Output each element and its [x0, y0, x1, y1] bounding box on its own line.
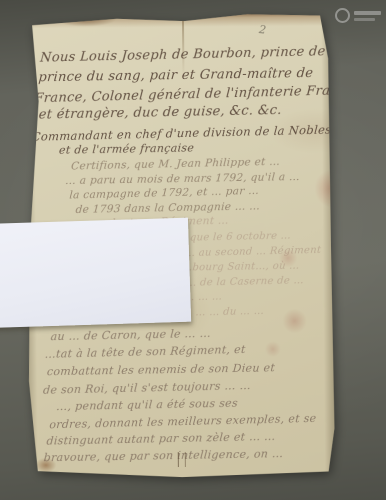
manuscript-line: …tat à la tête de son Régiment, et: [44, 343, 246, 361]
manuscript-line: ordres, donnant les meilleurs exemples, …: [49, 412, 317, 432]
manuscript-line: la campagne de 1792, et … par …: [69, 185, 259, 202]
circle-logo-icon: [335, 8, 350, 23]
fold-mark: [178, 452, 186, 467]
manuscript-line: …bourg Saint…, où …: [182, 260, 300, 273]
manuscript-line: … … du … …: [195, 306, 264, 319]
auction-photo: 2 Nous Louis Joseph de Bourbon, prince d…: [0, 0, 386, 500]
manuscript-line: que le 6 octobre …: [189, 230, 291, 243]
manuscript-line: …, pendant qu'il a été sous ses: [56, 397, 239, 413]
manuscript-line: … au second … Régiment: [185, 245, 322, 259]
privacy-paper-slip: [0, 218, 191, 328]
watermark-text-marks: [354, 8, 381, 21]
manuscript-line: et étrangère, duc de guise, &c. &c.: [38, 103, 282, 123]
manuscript-line: au … de Caron, que le … …: [50, 327, 211, 343]
manuscript-line: et de l'armée française: [59, 141, 195, 156]
manuscript-line: de 1793 dans la Compagnie … …: [75, 200, 260, 216]
fold-crease: [182, 12, 185, 76]
handwritten-text-block: Nous Louis Joseph de Bourbon, prince de …: [24, 11, 334, 14]
manuscript-line: … de la Caserne de …: [186, 275, 304, 289]
manuscript-line: prince du sang, pair et Grand-maître de: [38, 66, 314, 85]
watermark-logo: [335, 8, 381, 23]
manuscript-line: … a paru au mois de mars 1792, qu'il a …: [65, 171, 300, 187]
manuscript-line: distinguant autant par son zèle et … …: [46, 430, 276, 448]
manuscript-line: Nous Louis Joseph de Bourbon, prince de …: [40, 43, 338, 66]
manuscript-line: de son Roi, qu'il s'est toujours … …: [43, 379, 252, 397]
pencil-page-number: 2: [258, 23, 267, 37]
manuscript-line: bravoure, que par son intelligence, on …: [43, 447, 284, 464]
manuscript-line: combattant les ennemis de son Dieu et: [47, 361, 276, 378]
manuscript-line: Certifions, que M. Jean Philippe et …: [71, 156, 281, 173]
manuscript-line: France, Colonel général de l'infanterie …: [34, 82, 338, 106]
